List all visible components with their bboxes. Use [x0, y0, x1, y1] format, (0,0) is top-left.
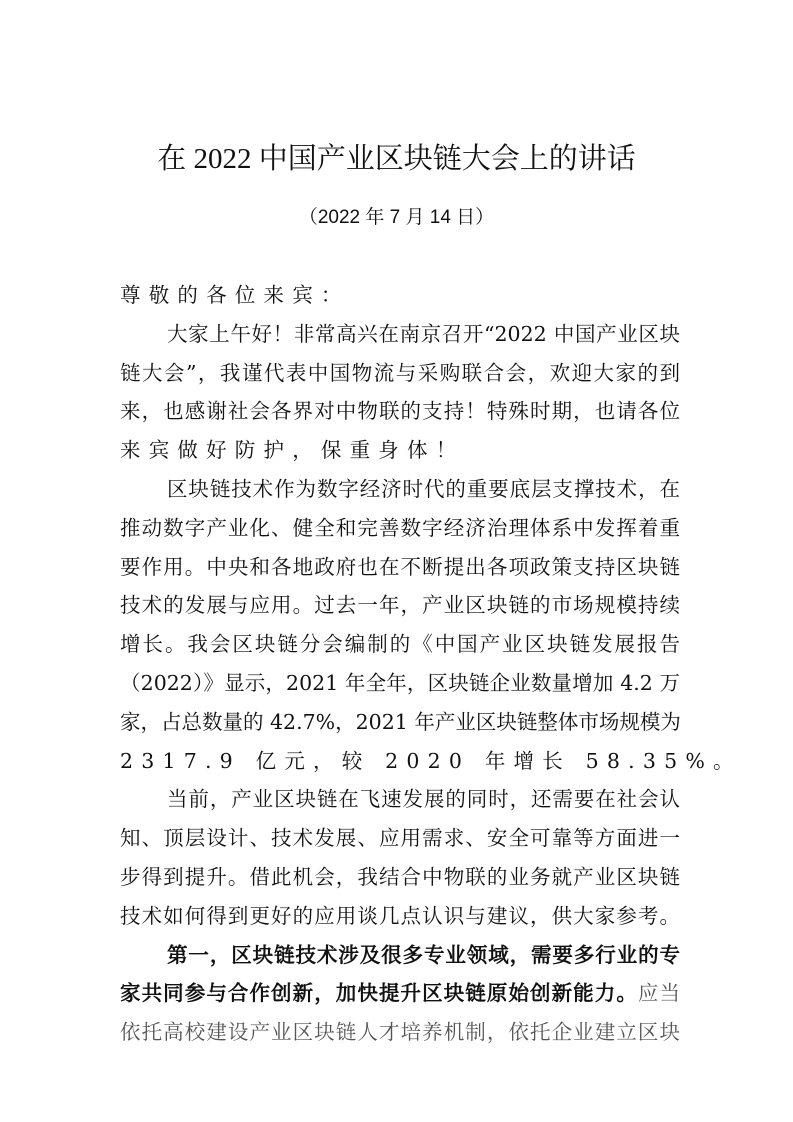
paragraph-line: 增长。我会区块链分会编制的《中国产业区块链发展报告	[120, 629, 680, 668]
document-date: （2022 年 7 月 14 日）	[0, 202, 793, 229]
point-one-line-3: 依托高校建设产业区块链人才培养机制，依托企业建立区块	[120, 1017, 680, 1056]
point-one-text: 应当	[638, 981, 680, 1005]
paragraph-line: 大家上午好！非常高兴在南京召开“2022 中国产业区块	[120, 319, 680, 358]
point-one-heading-line-1: 第一，区块链技术涉及很多专业领域，需要多行业的专	[120, 940, 680, 979]
paragraph-line: 链大会”，我谨代表中国物流与采购联合会，欢迎大家的到	[120, 358, 680, 397]
paragraph-line: 推动数字产业化、健全和完善数字经济治理体系中发挥着重	[120, 513, 680, 552]
paragraph-line: 来宾做好防护，保重身体！	[120, 435, 680, 474]
paragraph-line: 来，也感谢社会各界对中物联的支持！特殊时期，也请各位	[120, 396, 680, 435]
paragraph-line: 当前，产业区块链在飞速发展的同时，还需要在社会认	[120, 784, 680, 823]
document-body: 尊敬的各位来宾：大家上午好！非常高兴在南京召开“2022 中国产业区块链大会”，…	[120, 280, 680, 1056]
paragraph-line: 步得到提升。借此机会，我结合中物联的业务就产业区块链	[120, 862, 680, 901]
paragraph-line: 知、顶层设计、技术发展、应用需求、安全可靠等方面进一	[120, 823, 680, 862]
paragraph-line: 区块链技术作为数字经济时代的重要底层支撑技术，在	[120, 474, 680, 513]
paragraph-line: 要作用。中央和各地政府也在不断提出各项政策支持区块链	[120, 552, 680, 591]
paragraph-line: （2022）》显示，2021 年全年，区块链企业数量增加 4.2 万	[120, 668, 680, 707]
paragraph-line: 2317.9 亿元，较 2020 年增长 58.35%。	[120, 746, 680, 785]
paragraph-line: 家，占总数量的 42.7%，2021 年产业区块链整体市场规模为	[120, 707, 680, 746]
paragraph-line: 技术的发展与应用。过去一年，产业区块链的市场规模持续	[120, 590, 680, 629]
point-one-line-2: 家共同参与合作创新，加快提升区块链原始创新能力。应当	[120, 978, 680, 1017]
paragraph-line: 尊敬的各位来宾：	[120, 280, 680, 319]
point-one-heading-line-2: 家共同参与合作创新，加快提升区块链原始创新能力。	[120, 981, 638, 1005]
document-title: 在 2022 中国产业区块链大会上的讲话	[0, 136, 793, 177]
paragraph-line: 技术如何得到更好的应用谈几点认识与建议，供大家参考。	[120, 901, 680, 940]
